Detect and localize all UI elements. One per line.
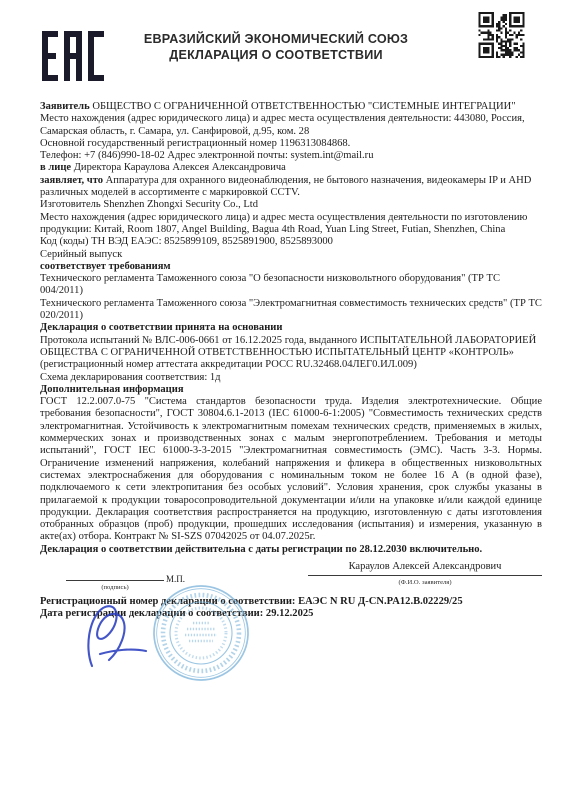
contacts-line: Телефон: +7 (846)990-18-02 Адрес электро… — [40, 150, 542, 162]
name-line — [308, 575, 542, 576]
registration-number-value: ЕАЭС N RU Д-CN.PA12.B.02229/25 — [298, 596, 463, 607]
validity-line: Декларация о соответствии действительна … — [40, 544, 542, 556]
handwritten-signature-icon — [76, 600, 152, 672]
serial-release-line: Серийный выпуск — [40, 249, 542, 261]
title-declaration: ДЕКЛАРАЦИЯ О СООТВЕТСТВИИ — [108, 47, 444, 63]
name-caption: (Ф.И.О. заявителя) — [308, 577, 542, 589]
additional-info-heading: Дополнительная информация — [40, 384, 542, 396]
regulation-tr-ts-004: Технического регламента Таможенного союз… — [40, 273, 542, 298]
declares-line: заявляет, что Аппаратура для охранного в… — [40, 175, 542, 200]
applicant-address: Место нахождения (адрес юридического лиц… — [40, 113, 542, 138]
basis-heading: Декларация о соответствии принята на осн… — [40, 322, 542, 334]
applicant-line: Заявитель ОБЩЕСТВО С ОГРАНИЧЕННОЙ ОТВЕТС… — [40, 101, 542, 113]
test-protocol-line: Протокола испытаний № ВЛС-006-0661 от 16… — [40, 335, 542, 372]
eac-mark-icon — [42, 30, 104, 82]
declarant-name: Караулов Алексей Александрович — [308, 561, 542, 573]
regulation-tr-ts-020: Технического регламента Таможенного союз… — [40, 298, 542, 323]
qr-code-icon — [478, 12, 525, 58]
signature-line — [66, 580, 164, 581]
scheme-line: Схема декларирования соответствия: 1д — [40, 372, 542, 384]
manufacturer-line: Изготовитель Shenzhen Zhongxi Security C… — [40, 199, 542, 211]
manufacturer-address: Место нахождения (адрес юридического лиц… — [40, 212, 542, 237]
title-union: ЕВРАЗИЙСКИЙ ЭКОНОМИЧЕСКИЙ СОЮЗ — [108, 31, 444, 47]
round-stamp-icon — [151, 583, 251, 683]
document-body: Заявитель ОБЩЕСТВО С ОГРАНИЧЕННОЙ ОТВЕТС… — [40, 101, 542, 621]
tnved-codes-line: Код (коды) ТН ВЭД ЕАЭС: 8525899109, 8525… — [40, 236, 542, 248]
declaration-of-conformity-document: ЕВРАЗИЙСКИЙ ЭКОНОМИЧЕСКИЙ СОЮЗ ДЕКЛАРАЦИ… — [0, 0, 565, 800]
registration-date-value: 29.12.2025 — [266, 608, 313, 619]
conforms-heading: соответствует требованиям — [40, 261, 542, 273]
signature-caption: (подпись) — [66, 582, 164, 594]
signature-block: (подпись) М.П. Караулов Алексей Александ… — [40, 558, 542, 596]
gost-standards-paragraph: ГОСТ 12.2.007.0-75 "Система стандартов б… — [40, 396, 542, 544]
represented-by-line: в лице Директора Караулова Алексея Алекс… — [40, 162, 542, 174]
document-title: ЕВРАЗИЙСКИЙ ЭКОНОМИЧЕСКИЙ СОЮЗ ДЕКЛАРАЦИ… — [108, 31, 444, 63]
ogrn-line: Основной государственный регистрационный… — [40, 138, 542, 150]
